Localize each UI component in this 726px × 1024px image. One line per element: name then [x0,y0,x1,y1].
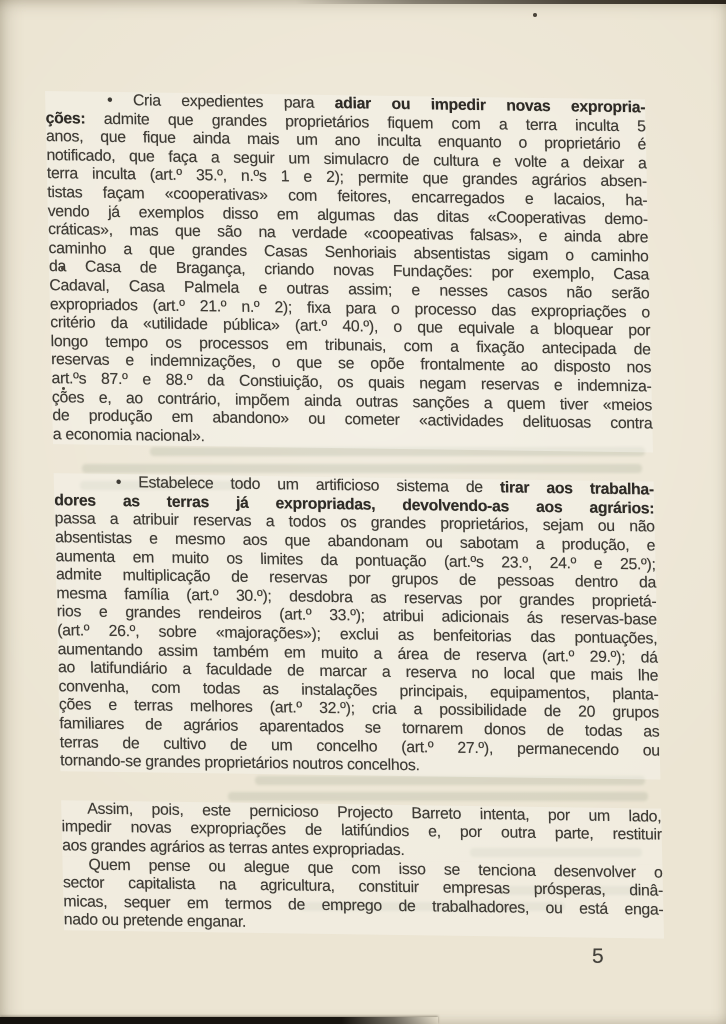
ink-speck [533,13,537,17]
scanned-page: • Cria expedientes para adiar ou impedir… [0,0,726,1024]
body-text: tornando-se grandes proprietários noutro… [60,752,420,774]
ink-speck [61,267,64,270]
scan-bottom-edge [0,1017,438,1024]
text-block: • Cria expedientes para adiar ou impedir… [45,91,664,939]
paragraph-1: • Cria expedientes para adiar ou impedir… [45,91,653,453]
paragraph-3: Assim, pois, este pernicioso Projecto Ba… [61,800,662,864]
paragraph-4: Quem pense ou alegue que com isso se ten… [62,856,664,939]
scan-top-edge [295,0,726,4]
page-number: 5 [592,945,604,969]
body-text: a economia nacional». [53,426,205,445]
bold-text: tirar aos trabalha- [500,480,654,499]
paragraph-2: • Estabelece todo um artificioso sistema… [54,473,661,779]
bold-text: adiar ou impedir novas expropria- [335,95,646,116]
body-text: nado ou pretende enganar. [64,912,247,932]
ink-speck [62,387,65,390]
bold-text: ções: [45,110,85,128]
body-text: • Cria expedientes para [107,92,335,112]
